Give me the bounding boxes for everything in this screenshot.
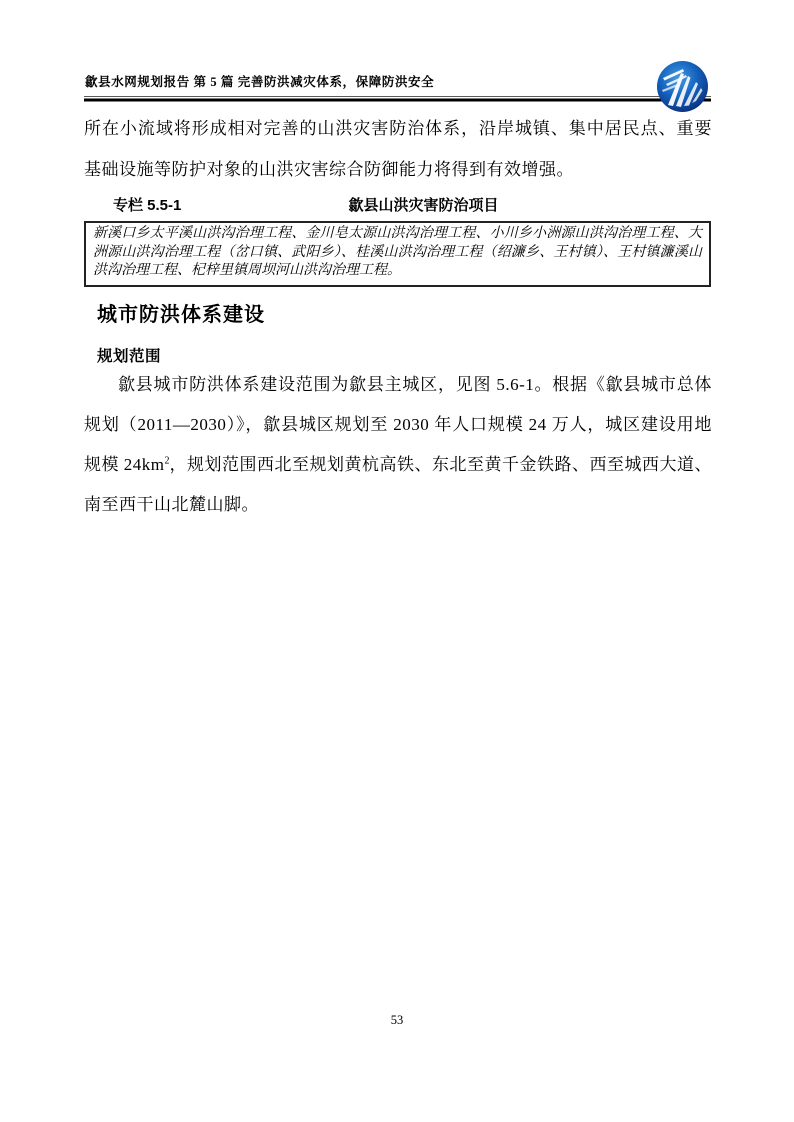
header-title: 歙县水网规划报告 第 5 篇 完善防洪减灾体系，保障防洪安全 <box>85 72 434 90</box>
box-caption-label: 专栏 5.5-1 <box>113 194 181 215</box>
box-caption: 专栏 5.5-1 歙县山洪灾害防治项目 <box>84 194 711 214</box>
subsection-heading-planning-scope: 规划范围 <box>97 344 161 366</box>
section-heading-urban-flood-control: 城市防洪体系建设 <box>97 298 265 327</box>
project-box: 新溪口乡太平溪山洪沟治理工程、金川皂太源山洪沟治理工程、小川乡小洲源山洪沟治理工… <box>84 221 711 287</box>
document-page: 歙县水网规划报告 第 5 篇 完善防洪减灾体系，保障防洪安全 所在小流域将形成相… <box>0 0 794 1122</box>
report-logo-icon <box>656 60 709 113</box>
paragraph-planning-scope: 歙县城市防洪体系建设范围为歙县主城区，见图 5.6-1。根据《歙县城市总体规划（… <box>84 365 712 525</box>
paragraph-planning-scope-part2: ，规划范围西北至规划黄杭高铁、东北至黄千金铁路、西至城西大道、南至西干山北麓山脚… <box>84 455 712 514</box>
header-rule <box>84 96 711 102</box>
project-box-text: 新溪口乡太平溪山洪沟治理工程、金川皂太源山洪沟治理工程、小川乡小洲源山洪沟治理工… <box>93 225 702 281</box>
paragraph-flood-defense: 所在小流域将形成相对完善的山洪灾害防治体系，沿岸城镇、集中居民点、重要基础设施等… <box>84 108 712 190</box>
page-number: 53 <box>0 1013 794 1028</box>
